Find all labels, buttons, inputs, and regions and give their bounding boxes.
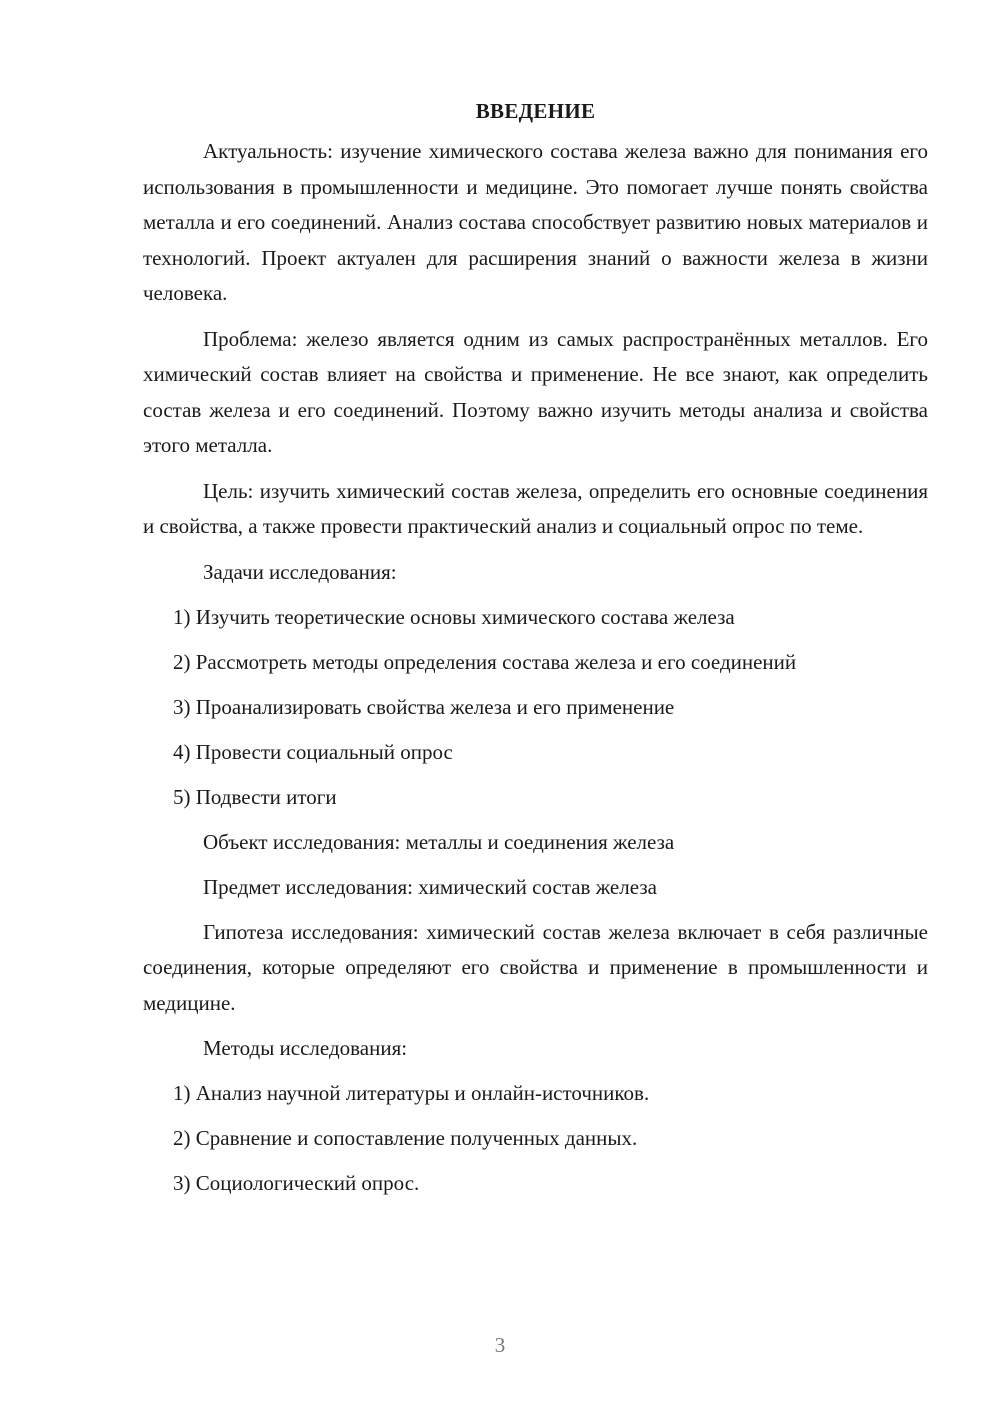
method-item: 1) Анализ научной литературы и онлайн-ис…: [143, 1076, 928, 1112]
methods-list: 1) Анализ научной литературы и онлайн-ис…: [143, 1076, 928, 1202]
task-item: 5) Подвести итоги: [143, 780, 928, 816]
task-item: 2) Рассмотреть методы определения состав…: [143, 645, 928, 681]
task-item: 1) Изучить теоретические основы химическ…: [143, 600, 928, 636]
goal-paragraph: Цель: изучить химический состав железа, …: [143, 474, 928, 545]
hypothesis-paragraph: Гипотеза исследования: химический состав…: [143, 915, 928, 1022]
research-object: Объект исследования: металлы и соединени…: [143, 825, 928, 861]
problem-paragraph: Проблема: железо является одним из самых…: [143, 322, 928, 464]
task-item: 4) Провести социальный опрос: [143, 735, 928, 771]
task-item: 3) Проанализировать свойства железа и ег…: [143, 690, 928, 726]
section-title: ВВЕДЕНИЕ: [143, 94, 928, 128]
relevance-paragraph: Актуальность: изучение химического соста…: [143, 134, 928, 312]
document-page: ВВЕДЕНИЕ Актуальность: изучение химическ…: [143, 94, 928, 1211]
tasks-heading: Задачи исследования:: [143, 555, 928, 591]
research-subject: Предмет исследования: химический состав …: [143, 870, 928, 906]
method-item: 2) Сравнение и сопоставление полученных …: [143, 1121, 928, 1157]
page-number: 3: [0, 1333, 1000, 1358]
methods-heading: Методы исследования:: [143, 1031, 928, 1067]
method-item: 3) Социологический опрос.: [143, 1166, 928, 1202]
tasks-list: 1) Изучить теоретические основы химическ…: [143, 600, 928, 816]
